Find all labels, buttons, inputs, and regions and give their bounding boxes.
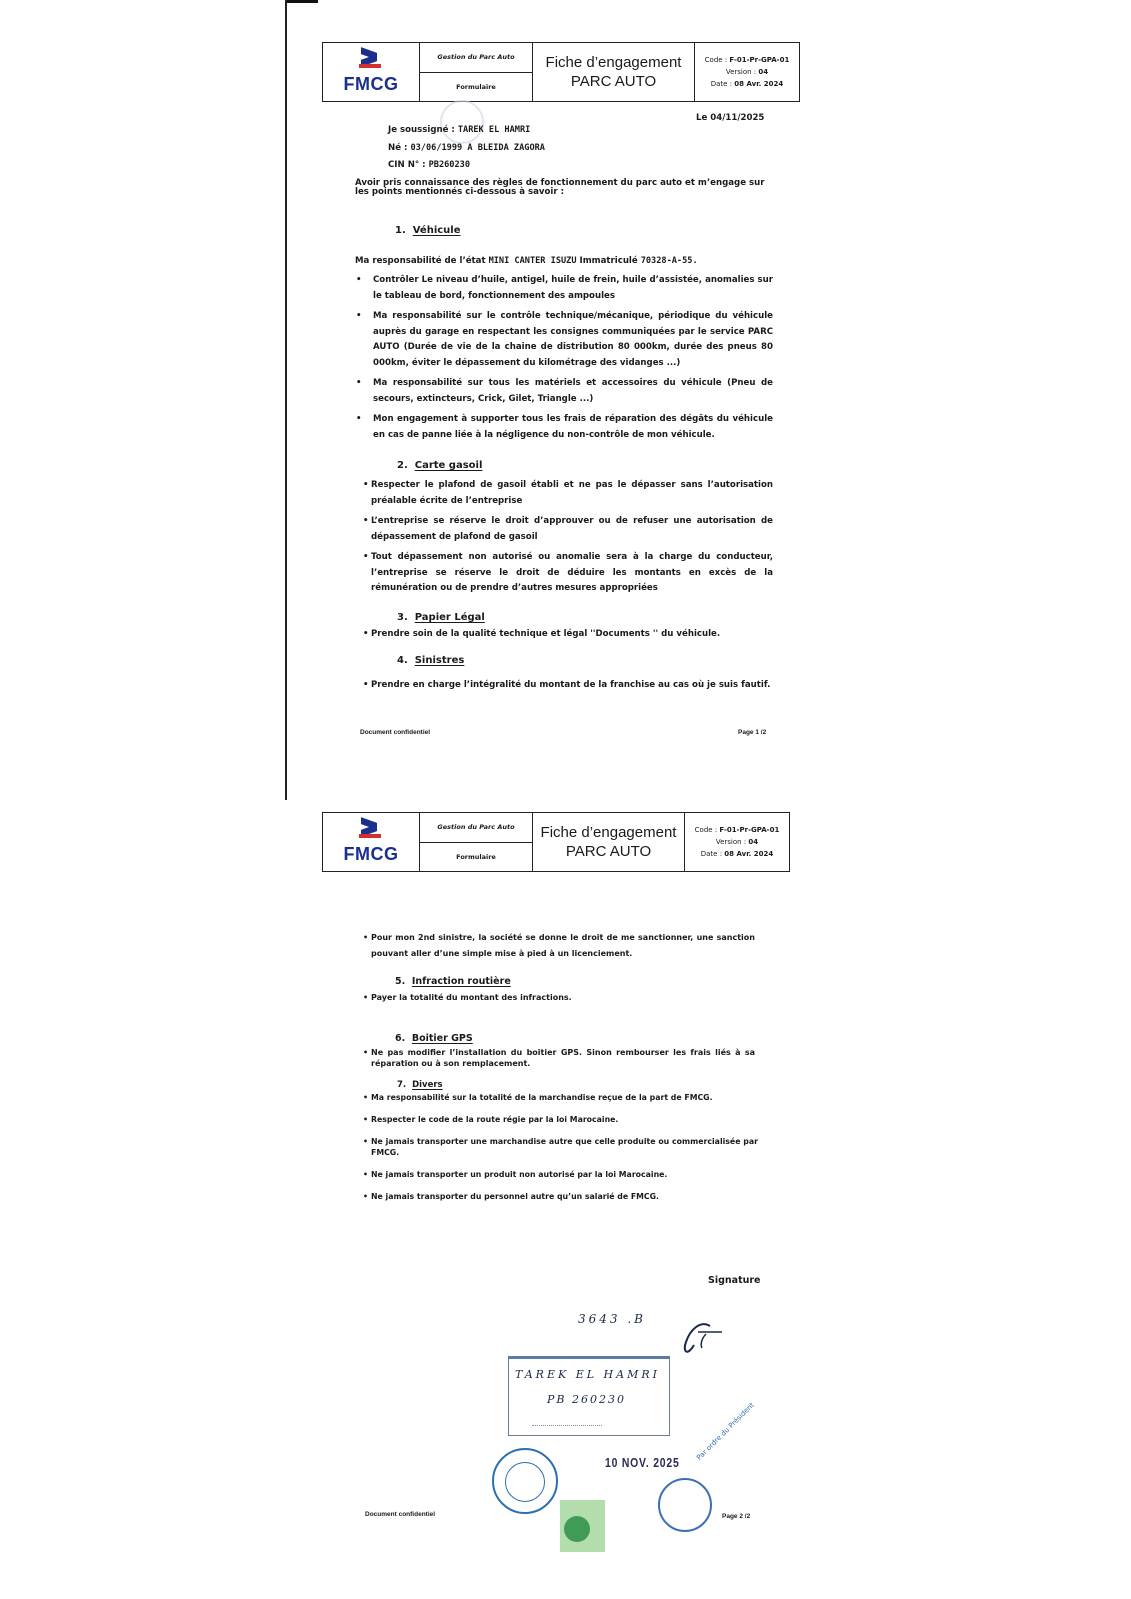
doc-type-label: Formulaire bbox=[420, 843, 532, 872]
list-item: L’entreprise se réserve le droit d’appro… bbox=[363, 514, 773, 545]
arrow-logo-icon bbox=[356, 50, 386, 72]
section-title-papier-legal: 3. Papier Légal bbox=[397, 612, 485, 623]
doc-type-label: Formulaire bbox=[420, 73, 532, 102]
list-item: Ma responsabilité sur le contrôle techni… bbox=[355, 309, 773, 371]
list-item: Ne jamais transporter du personnel autre… bbox=[363, 1191, 758, 1202]
papier-legal-list: Prendre soin de la qualité technique et … bbox=[363, 627, 783, 648]
list-item: Ne pas modifier l’installation du boitie… bbox=[363, 1047, 755, 1069]
sinistres-continued-list: Pour mon 2nd sinistre, la société se don… bbox=[363, 930, 755, 966]
scan-edge-left bbox=[285, 0, 287, 800]
handwritten-signature-icon bbox=[680, 1320, 730, 1360]
document-code-block: Code : F-01-Pr-GPA-01 Version : 04 Date … bbox=[685, 813, 789, 871]
department-label: Gestion du Parc Auto bbox=[420, 43, 532, 73]
logo-text: FMCG bbox=[344, 74, 399, 95]
signature-label: Signature bbox=[708, 1273, 761, 1288]
list-item: Respecter le plafond de gasoil établi et… bbox=[363, 478, 773, 509]
document-code-block: Code : F-01-Pr-GPA-01 Version : 04 Date … bbox=[695, 43, 799, 101]
page2-footer-page-number: Page 2 /2 bbox=[722, 1513, 750, 1520]
sinistres-list: Prendre en charge l’intégralité du monta… bbox=[363, 678, 783, 699]
infraction-list: Payer la totalité du montant des infract… bbox=[363, 990, 755, 1011]
list-item: Pour mon 2nd sinistre, la société se don… bbox=[363, 930, 755, 961]
scan-edge-top bbox=[286, 0, 318, 3]
stamp-number: 3643 .B bbox=[578, 1312, 646, 1326]
page1-footer-page-number: Page 1 /2 bbox=[738, 729, 766, 736]
official-seal-inner bbox=[505, 1462, 545, 1502]
signatory-line: Je soussigné : TAREK EL HAMRI bbox=[388, 123, 530, 138]
section-title-sinistres: 4. Sinistres bbox=[397, 655, 464, 666]
list-item: Mon engagement à supporter tous les frai… bbox=[355, 412, 773, 443]
page2-footer-confidential: Document confidentiel bbox=[365, 1511, 435, 1518]
company-logo: FMCG bbox=[323, 813, 420, 871]
page2-header: FMCG Gestion du Parc Auto Formulaire Fic… bbox=[322, 812, 790, 872]
list-item: Prendre soin de la qualité technique et … bbox=[363, 627, 783, 643]
stamp-dotted-line bbox=[532, 1425, 602, 1426]
list-item: Contrôler Le niveau d’huile, antigel, hu… bbox=[355, 273, 773, 304]
arrow-logo-icon bbox=[356, 820, 386, 842]
list-item: Ne jamais transporter un produit non aut… bbox=[363, 1169, 758, 1180]
cin-line: CIN N° : PB260230 bbox=[388, 158, 470, 173]
page1-header: FMCG Gestion du Parc Auto Formulaire Fic… bbox=[322, 42, 800, 102]
document-date: Le 04/11/2025 bbox=[696, 111, 764, 126]
section-title-infraction-routiere: 5. Infraction routière bbox=[395, 976, 511, 987]
list-item: Payer la totalité du montant des infract… bbox=[363, 990, 755, 1006]
section-title-vehicule: 1. Véhicule bbox=[395, 225, 461, 236]
document-title: Fiche d’engagement PARC AUTO bbox=[533, 813, 685, 871]
vehicule-list: Contrôler Le niveau d’huile, antigel, hu… bbox=[355, 273, 773, 448]
birth-line: Né : 03/06/1999 A BLEIDA ZAGORA bbox=[388, 141, 545, 156]
department-label: Gestion du Parc Auto bbox=[420, 813, 532, 843]
official-seal-right bbox=[658, 1478, 712, 1532]
date-stamp: 10 NOV. 2025 bbox=[605, 1455, 680, 1470]
section-title-boitier-gps: 6. Boitier GPS bbox=[395, 1033, 473, 1044]
tax-stamp bbox=[560, 1500, 605, 1552]
logo-text: FMCG bbox=[344, 844, 399, 865]
vehicle-responsibility-line: Ma responsabilité de l’état MINI CANTER … bbox=[355, 254, 698, 269]
company-logo: FMCG bbox=[323, 43, 420, 101]
boitier-gps-list: Ne pas modifier l’installation du boitie… bbox=[363, 1047, 755, 1074]
stamp-id: PB 260230 bbox=[547, 1393, 626, 1406]
section-title-carte-gasoil: 2. Carte gasoil bbox=[397, 460, 482, 471]
seal-caption: Par ordre du Président bbox=[695, 1401, 756, 1462]
intro-paragraph: Avoir pris connaissance des règles de fo… bbox=[355, 179, 773, 197]
list-item: Respecter le code de la route régie par … bbox=[363, 1114, 758, 1125]
stamp-name: TAREK EL HAMRI bbox=[515, 1368, 660, 1381]
list-item: Ne jamais transporter une marchandise au… bbox=[363, 1136, 758, 1158]
document-title: Fiche d’engagement PARC AUTO bbox=[533, 43, 695, 101]
list-item: Prendre en charge l’intégralité du monta… bbox=[363, 678, 783, 694]
page1-footer-confidential: Document confidentiel bbox=[360, 729, 430, 736]
list-item: Ma responsabilité sur la totalité de la … bbox=[363, 1092, 758, 1103]
divers-list: Ma responsabilité sur la totalité de la … bbox=[363, 1092, 758, 1207]
list-item: Tout dépassement non autorisé ou anomali… bbox=[363, 550, 773, 597]
section-title-divers: 7. Divers bbox=[397, 1080, 443, 1090]
carte-gasoil-list: Respecter le plafond de gasoil établi et… bbox=[363, 478, 773, 602]
list-item: Ma responsabilité sur tous les matériels… bbox=[355, 376, 773, 407]
